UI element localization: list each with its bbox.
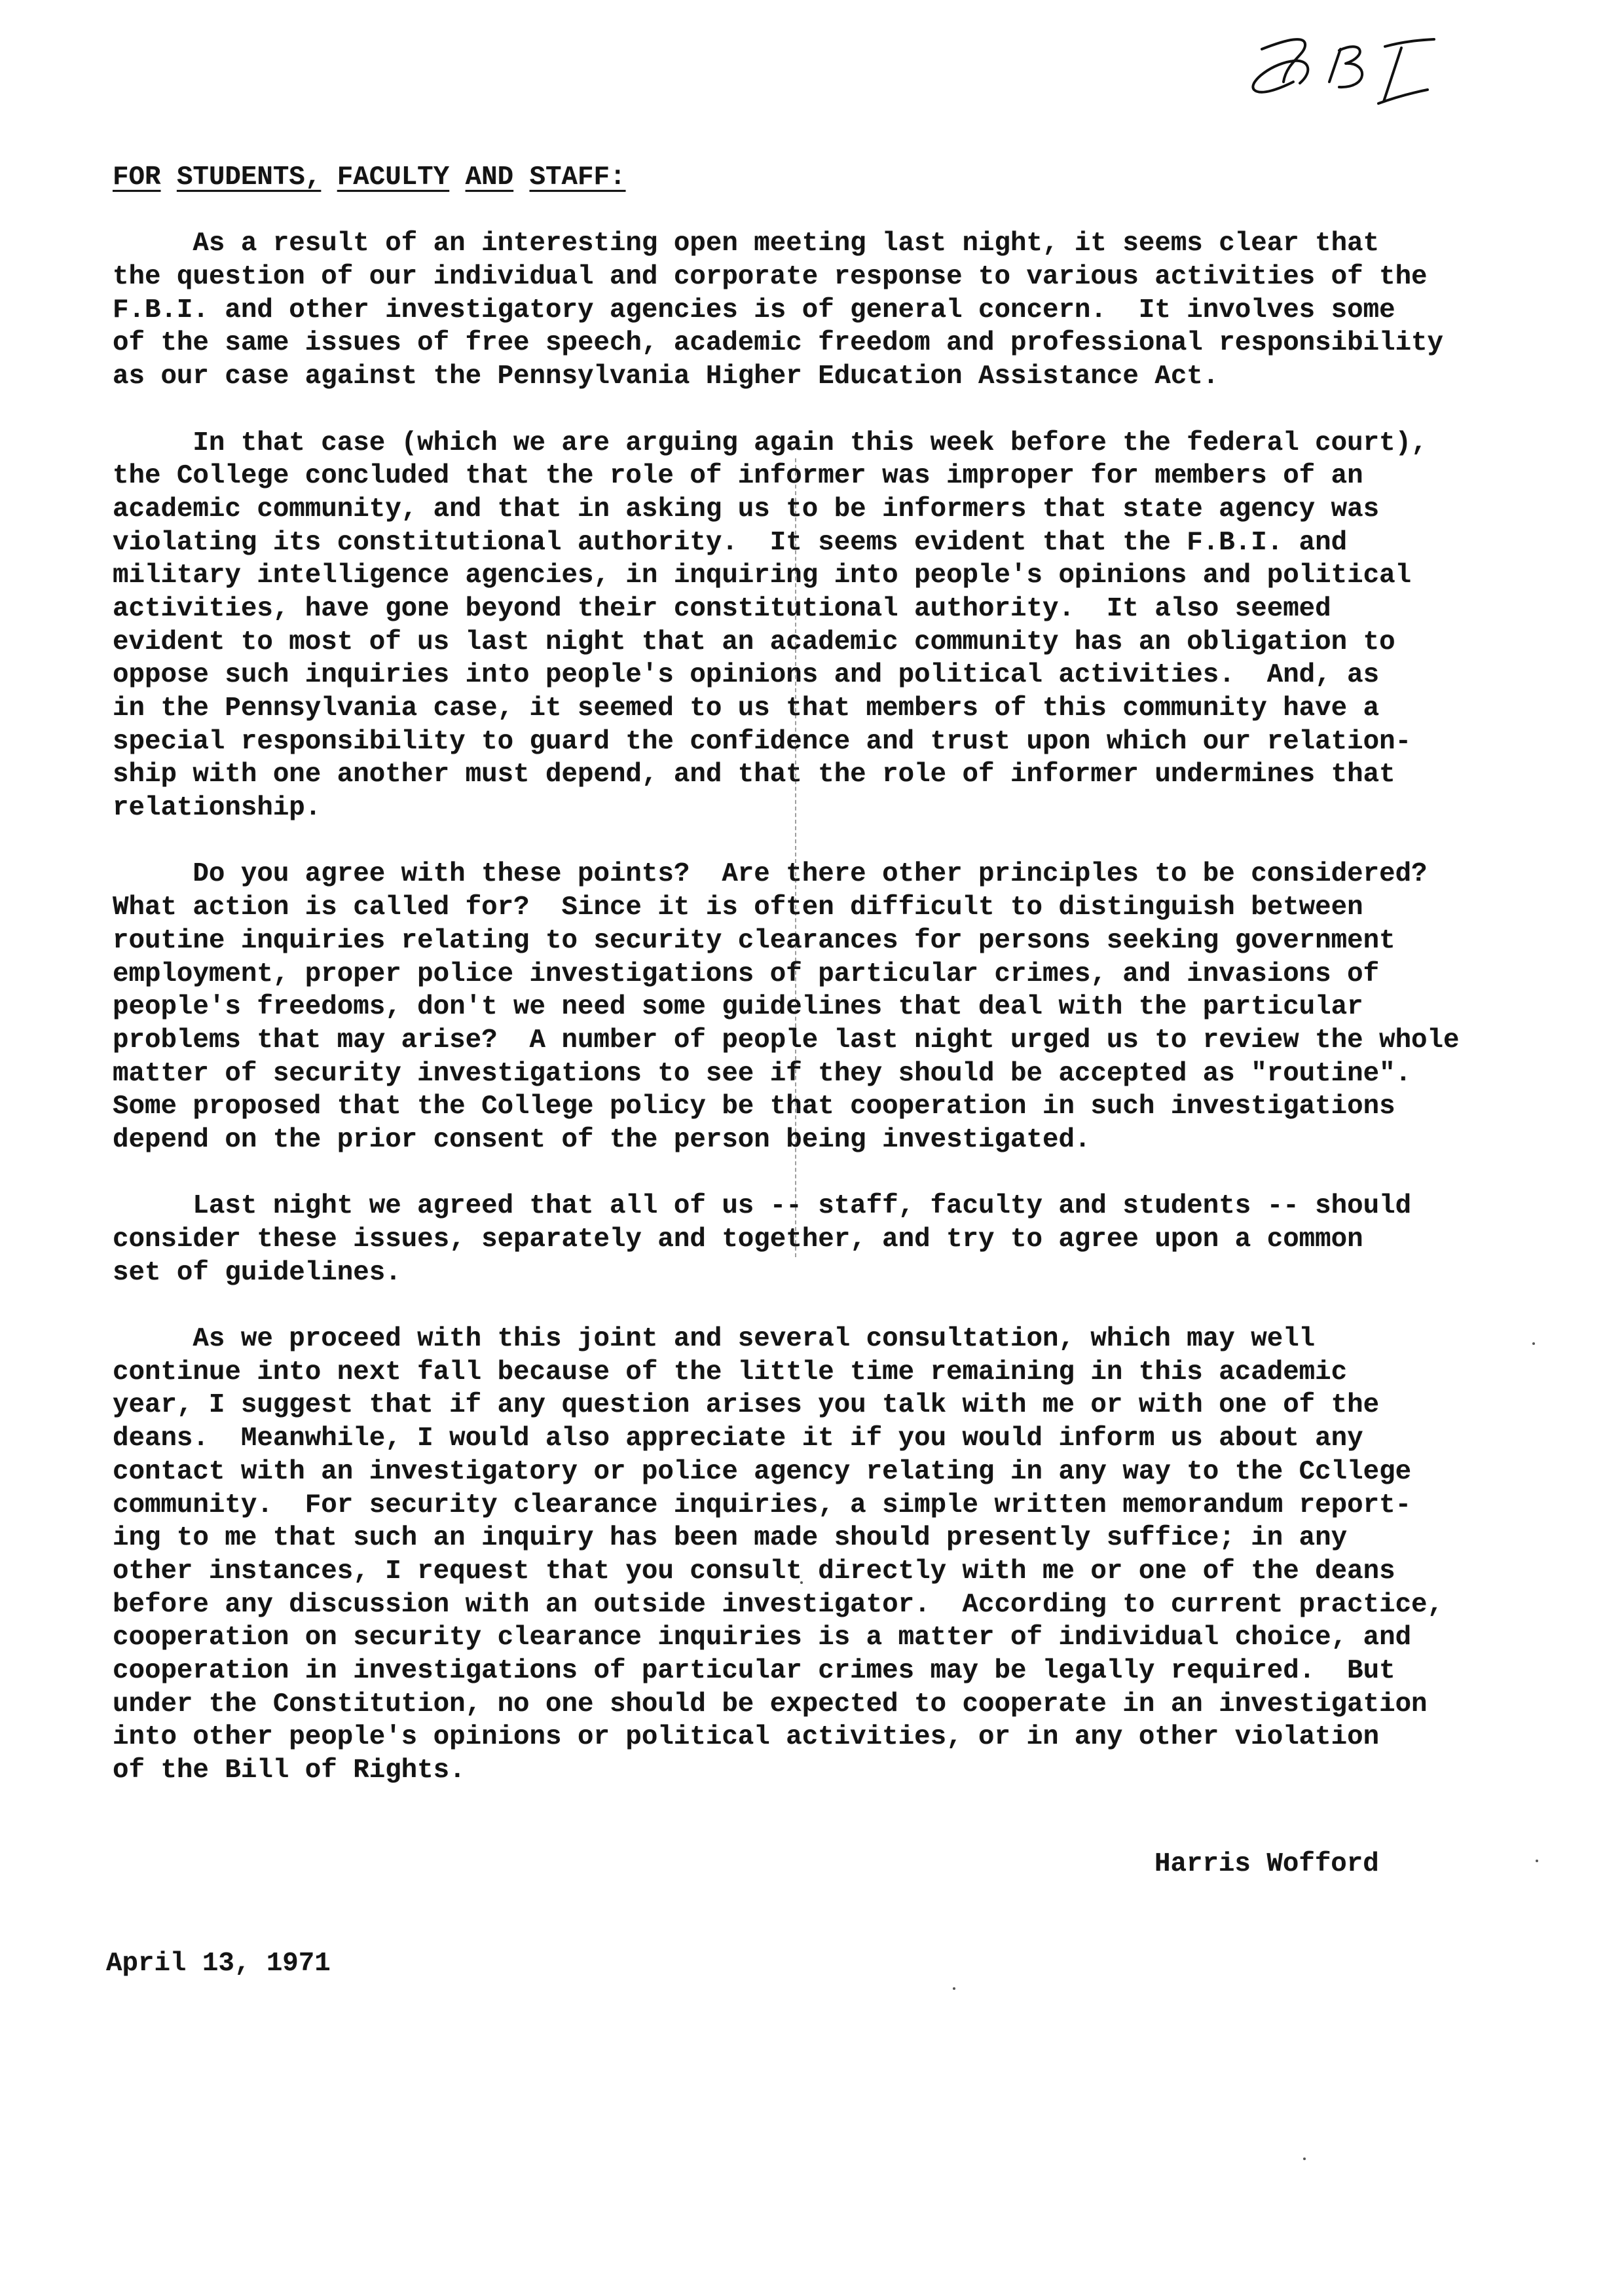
handwritten-fbi-annotation [1247, 36, 1444, 108]
salutation: FOR STUDENTS, FACULTY AND STAFF: [113, 161, 1553, 194]
text-line: deans. Meanwhile, I would also appreciat… [113, 1422, 1553, 1456]
text-line: other instances, I request that you cons… [113, 1555, 1553, 1588]
letter-date: April 13, 1971 [106, 1947, 331, 1981]
salutation-word: AND [466, 162, 513, 193]
text-line: What action is called for? Since it is o… [113, 891, 1553, 925]
text-line: into other people's opinions or politica… [113, 1721, 1553, 1754]
text-line: year, I suggest that if any question ari… [113, 1389, 1553, 1422]
paragraph-3: Do you agree with these points? Are ther… [113, 858, 1553, 1156]
text-line: people's freedoms, don't we need some gu… [113, 991, 1553, 1024]
text-line: cooperation in investigations of particu… [113, 1655, 1553, 1688]
text-line: the College concluded that the role of i… [113, 460, 1553, 493]
scan-speck [800, 1581, 803, 1584]
salutation-word: STUDENTS, [177, 162, 321, 193]
text-line: evident to most of us last night that an… [113, 626, 1553, 659]
salutation-word: FACULTY [337, 162, 449, 193]
blank-line [113, 1289, 1553, 1323]
text-line: Last night we agreed that all of us -- s… [113, 1190, 1553, 1223]
text-line: consider these issues, separately and to… [113, 1223, 1553, 1257]
text-line: In that case (which we are arguing again… [113, 427, 1553, 460]
text-line: ing to me that such an inquiry has been … [113, 1522, 1553, 1555]
text-line: relationship. [113, 792, 1553, 825]
text-line: under the Constitution, no one should be… [113, 1688, 1553, 1721]
scan-crease-line [795, 458, 796, 1257]
salutation-word: STAFF: [530, 162, 626, 193]
letter-page: FOR STUDENTS, FACULTY AND STAFF: As a re… [0, 0, 1624, 2295]
scan-speck [1303, 2157, 1306, 2160]
scan-speck [1536, 1860, 1538, 1862]
text-line: oppose such inquiries into people's opin… [113, 659, 1553, 692]
blank-line [113, 825, 1553, 858]
text-line: activities, have gone beyond their const… [113, 593, 1553, 626]
text-line: contact with an investigatory or police … [113, 1456, 1553, 1489]
text-line: matter of security investigations to see… [113, 1057, 1553, 1091]
scan-speck [1532, 1342, 1535, 1345]
scan-speck [953, 1987, 955, 1990]
text-line: of the Bill of Rights. [113, 1754, 1553, 1788]
text-line: military intelligence agencies, in inqui… [113, 559, 1553, 593]
paragraph-4: Last night we agreed that all of us -- s… [113, 1190, 1553, 1289]
blank-line [113, 1157, 1553, 1190]
paragraphs: As a result of an interesting open meeti… [113, 227, 1553, 1787]
text-line: in the Pennsylvania case, it seemed to u… [113, 692, 1553, 725]
text-line: employment, proper police investigations… [113, 958, 1553, 991]
text-line: As we proceed with this joint and severa… [113, 1323, 1553, 1356]
text-line: special responsibility to guard the conf… [113, 725, 1553, 759]
text-line: As a result of an interesting open meeti… [113, 227, 1553, 261]
text-line: depend on the prior consent of the perso… [113, 1124, 1553, 1157]
text-line: the question of our individual and corpo… [113, 261, 1553, 294]
text-line: cooperation on security clearance inquir… [113, 1621, 1553, 1655]
blank-line [113, 394, 1553, 427]
text-line: Do you agree with these points? Are ther… [113, 858, 1553, 891]
text-line: F.B.I. and other investigatory agencies … [113, 294, 1553, 327]
text-line: of the same issues of free speech, acade… [113, 327, 1553, 360]
signature-name: Harris Wofford [1154, 1848, 1379, 1881]
text-line: before any discussion with an outside in… [113, 1588, 1553, 1622]
paragraph-2: In that case (which we are arguing again… [113, 427, 1553, 825]
salutation-word: FOR [113, 162, 160, 193]
text-line: problems that may arise? A number of peo… [113, 1024, 1553, 1057]
text-line: Some proposed that the College policy be… [113, 1090, 1553, 1124]
text-line: community. For security clearance inquir… [113, 1489, 1553, 1522]
blank-line [113, 194, 1553, 228]
text-line: violating its constitutional authority. … [113, 526, 1553, 560]
text-line: continue into next fall because of the l… [113, 1356, 1553, 1389]
text-line: routine inquiries relating to security c… [113, 925, 1553, 958]
paragraph-5: As we proceed with this joint and severa… [113, 1323, 1553, 1788]
text-line: as our case against the Pennsylvania Hig… [113, 360, 1553, 394]
paragraph-1: As a result of an interesting open meeti… [113, 227, 1553, 393]
text-line: ship with one another must depend, and t… [113, 758, 1553, 792]
letter-body: FOR STUDENTS, FACULTY AND STAFF: As a re… [113, 161, 1553, 1788]
text-line: academic community, and that in asking u… [113, 493, 1553, 526]
text-line: set of guidelines. [113, 1257, 1553, 1290]
